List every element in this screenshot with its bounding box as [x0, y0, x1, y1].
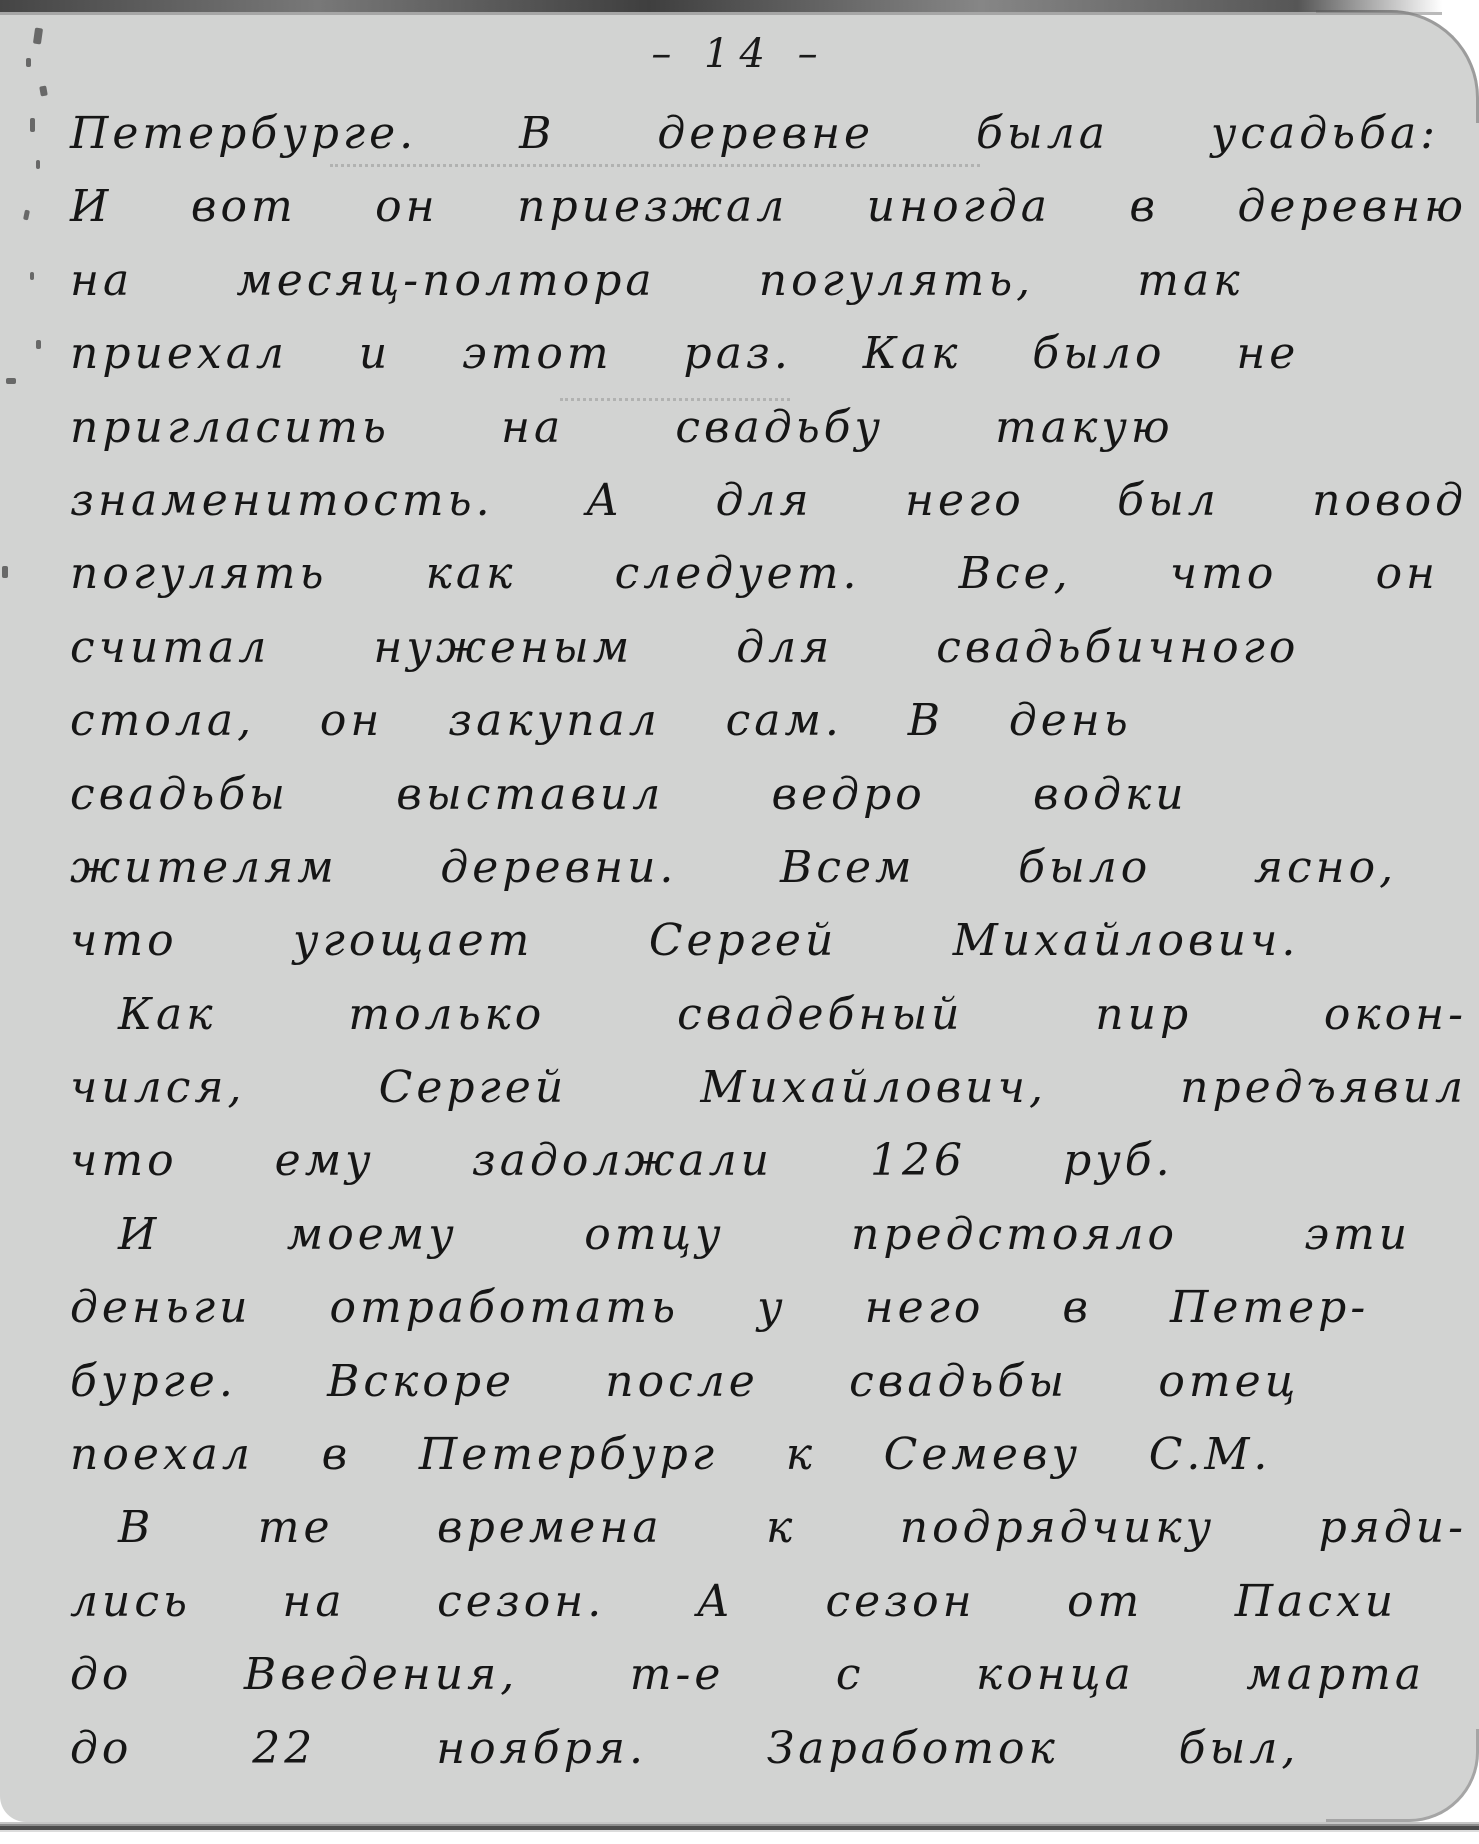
manuscript-line: приехал и этот раз. Как было не	[70, 317, 1299, 390]
faint-ruling-line	[560, 398, 790, 401]
manuscript-line: стола, он закупал сам. В день	[70, 684, 1132, 757]
manuscript-line: поехал в Петербург к Семеву С.М.	[70, 1418, 1271, 1491]
manuscript-line: чился, Сергей Михайлович, предъявил	[70, 1051, 1467, 1124]
manuscript-line: лись на сезон. А сезон от Пасхи	[70, 1565, 1397, 1638]
manuscript-line: Как только свадебный пир окон-	[70, 978, 1467, 1051]
manuscript-line: И вот он приезжал иногда в деревню	[70, 170, 1467, 243]
scan-edge-top	[0, 0, 1442, 12]
scanned-manuscript-page: – 14 – Петербурге. В деревне была усадьб…	[0, 0, 1479, 1844]
notebook-page: – 14 – Петербурге. В деревне была усадьб…	[0, 10, 1479, 1822]
manuscript-line: до 22 ноября. Заработок был,	[70, 1712, 1299, 1785]
manuscript-line: знаменитость. А для него был повод	[70, 464, 1467, 537]
faint-ruling-line	[330, 164, 980, 167]
manuscript-line: бурге. Вскоре после свадьбы отец	[70, 1345, 1299, 1418]
manuscript-line: И моему отцу предстояло эти	[70, 1198, 1411, 1271]
manuscript-line: свадьбы выставил ведро водки	[70, 758, 1188, 831]
manuscript-line: деньги отработать у него в Петер-	[70, 1271, 1369, 1344]
page-number: – 14 –	[0, 24, 1479, 97]
manuscript-line: Петербурге. В деревне была усадьба:	[70, 97, 1439, 170]
manuscript-line: до Введения, т-е с конца марта	[70, 1638, 1425, 1711]
manuscript-line: В те времена к подрядчику ряди-	[70, 1491, 1467, 1564]
manuscript-line: считал нуженым для свадьбичного	[70, 611, 1299, 684]
manuscript-line: пригласить на свадьбу такую	[70, 391, 1174, 464]
manuscript-line: что ему задолжали 126 руб.	[70, 1124, 1174, 1197]
scan-edge-bottom	[0, 1822, 1479, 1836]
manuscript-line: что угощает Сергей Михайлович.	[70, 904, 1299, 977]
manuscript-line: погулять как следует. Все, что он	[70, 537, 1439, 610]
manuscript-line: жителям деревни. Всем было ясно,	[70, 831, 1397, 904]
manuscript-text: Петербурге. В деревне была усадьба: И во…	[0, 97, 1479, 1785]
manuscript-line: на месяц-полтора погулять, так	[70, 244, 1243, 317]
